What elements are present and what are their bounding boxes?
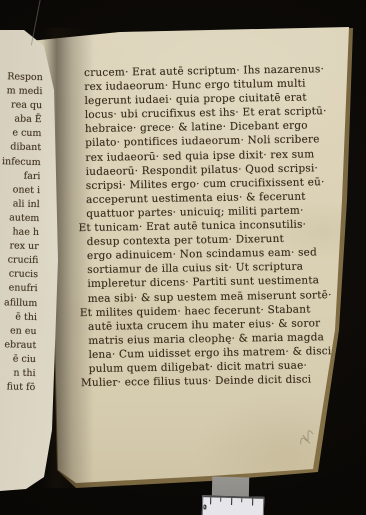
dust-fiber xyxy=(31,0,41,45)
scale-ruler: 0 1 2 xyxy=(202,495,265,515)
ruler-halftick xyxy=(241,498,242,502)
main-text-block: crucem· Erat autē scriptum· Ihs nazarenu… xyxy=(84,62,345,390)
ruler-number: 2 xyxy=(203,504,207,512)
strip-line: rea qu xyxy=(0,98,42,113)
strip-line: autem xyxy=(0,211,40,226)
ruler-tick xyxy=(252,499,253,506)
ruler-tick xyxy=(210,497,211,504)
strip-line: rex ur xyxy=(0,239,39,254)
photo-background: Responm medirea quaba Ēe cumdibantinfecu… xyxy=(0,0,366,515)
strip-line: hae h xyxy=(0,225,39,240)
strip-line: ē ciu xyxy=(0,352,36,367)
strip-line: m medi xyxy=(0,84,43,99)
strip-line: Respon xyxy=(0,70,43,85)
strip-line: crucis xyxy=(0,267,38,282)
strip-line: en eu xyxy=(0,324,37,339)
ruler-tick xyxy=(231,498,232,505)
strip-line: infecum xyxy=(0,155,41,170)
strip-line: enufri xyxy=(0,281,38,296)
strip-line: fiut fō xyxy=(0,380,35,395)
strip-line: afillum xyxy=(0,295,37,310)
strip-line: ali inl xyxy=(0,197,40,212)
strip-line: aba Ē xyxy=(0,112,42,127)
ruler-halftick xyxy=(220,498,221,502)
strip-line: n thi xyxy=(0,366,36,381)
strip-line: onet i xyxy=(0,183,40,198)
strip-line: ē thi xyxy=(0,310,37,325)
strip-line: e cum xyxy=(0,126,42,141)
strip-line: dibant xyxy=(0,140,41,155)
strip-line: fari xyxy=(0,169,41,184)
strip-line: crucifi xyxy=(0,253,39,268)
strip-line: ebraut xyxy=(0,338,36,353)
